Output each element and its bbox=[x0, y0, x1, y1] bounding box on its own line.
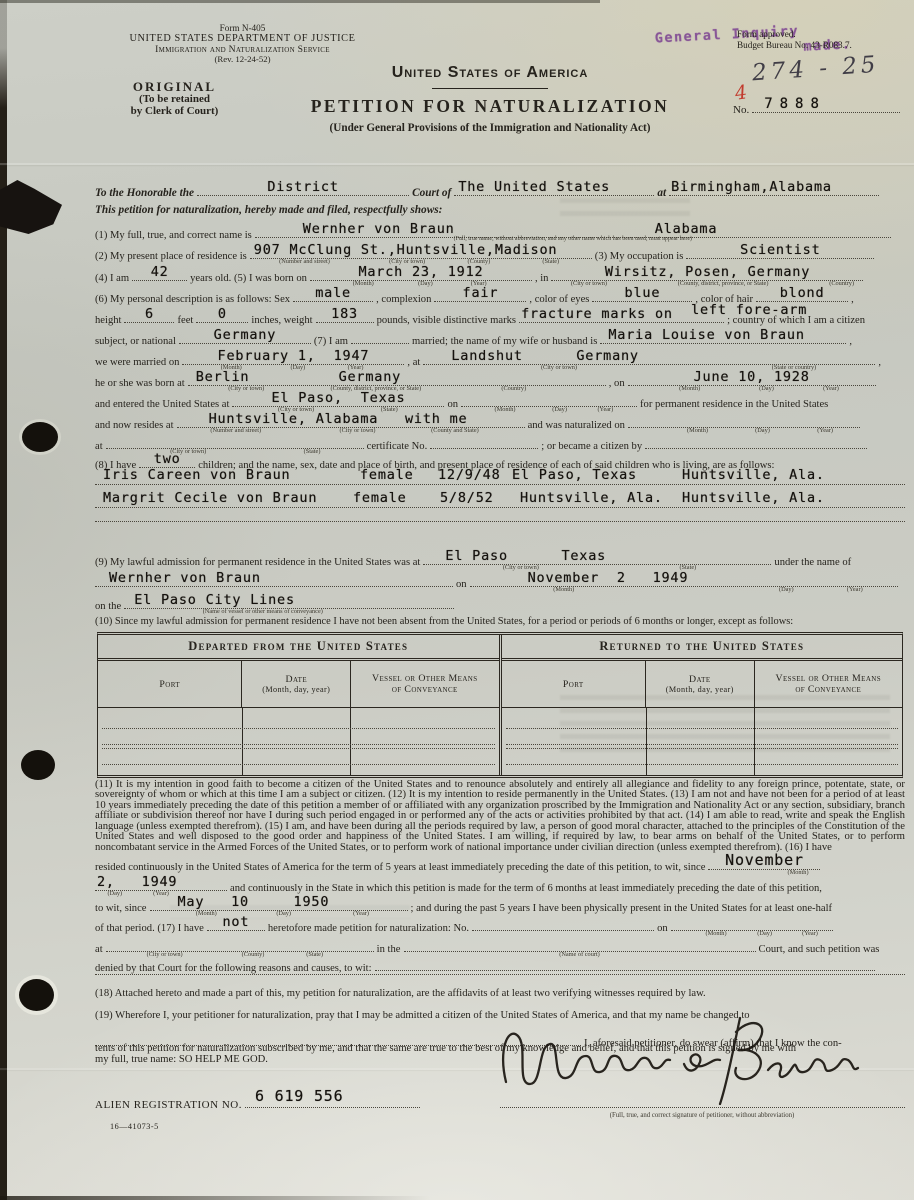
returned-body bbox=[502, 708, 903, 775]
weight-value: 183 bbox=[331, 308, 358, 322]
col-date: Date(Month, day, year) bbox=[242, 661, 351, 707]
child-born: 12/9/48 bbox=[438, 469, 501, 483]
petition-document: Form N-405 UNITED STATES DEPARTMENT OF J… bbox=[0, 0, 914, 1200]
q5-label: (5) I was born on bbox=[234, 273, 307, 284]
complexion-field: fair bbox=[434, 288, 526, 302]
page-subtitle: (Under General Provisions of the Immigra… bbox=[260, 122, 720, 134]
prior-petition-no-field bbox=[472, 917, 654, 931]
child-name: Margrit Cecile von Braun bbox=[103, 492, 317, 506]
court-pre-label: To the Honorable the bbox=[95, 187, 194, 199]
punch-hole bbox=[22, 422, 58, 452]
col-vessel: Vessel or Other Meansof Conveyance bbox=[755, 661, 902, 707]
nationality-value: Germany bbox=[214, 329, 277, 343]
court-mid-label: Court of bbox=[412, 187, 451, 199]
retained-note: (To be retainedby Clerk of Court) bbox=[82, 93, 267, 117]
residence-now-field: Huntsville, Alabama with me(Number and s… bbox=[177, 414, 525, 428]
signature-caption: (Full, true, and correct signature of pe… bbox=[610, 1112, 795, 1119]
entry-port-value: El Paso, Texas bbox=[271, 392, 405, 406]
marks-value-1: fracture marks on bbox=[521, 308, 673, 322]
departed-header: Departed from the United States bbox=[98, 635, 499, 661]
intro-line: This petition for naturalization, hereby… bbox=[95, 204, 442, 217]
child-residence: Huntsville, Ala. bbox=[682, 469, 825, 483]
vessel-value: El Paso City Lines bbox=[134, 594, 295, 608]
print-code: 16—41073-5 bbox=[110, 1122, 159, 1131]
birthplace-field: Wirsitz, Posen, Germany(City or town)(Co… bbox=[551, 267, 863, 281]
alien-label: ALIEN REGISTRATION NO. bbox=[95, 1099, 242, 1111]
nationality-field: Germany bbox=[179, 330, 311, 344]
line-q7e: and now resides atHuntsville, Alabama wi… bbox=[95, 414, 863, 432]
line-q7c: he or she was born atBerlin Germany(City… bbox=[95, 372, 879, 390]
petition-number-value: 7888 bbox=[764, 97, 826, 111]
line-q17b: at(City or town)(County)(State)in the(Na… bbox=[95, 938, 879, 956]
line-q6c-q7a: subject, or nationalGermany(7) I ammarri… bbox=[95, 330, 852, 348]
sex-value: male bbox=[315, 287, 351, 301]
occupation-value: Scientist bbox=[740, 244, 820, 258]
married-place-field: Landshut Germany(City or town)(State or … bbox=[423, 351, 875, 365]
q9-label: (9) My lawful admission for permanent re… bbox=[95, 557, 420, 568]
birthdate-field: March 23, 1912(Month)(Day)(Year) bbox=[310, 267, 532, 281]
child-sex: female bbox=[360, 469, 414, 483]
married-place-value: Landshut Germany bbox=[451, 350, 638, 364]
inches-value: 0 bbox=[218, 308, 227, 322]
title-rule bbox=[432, 88, 548, 89]
no-label: No. bbox=[733, 104, 749, 116]
q5-in-label: , in bbox=[535, 273, 549, 284]
empty-child-line bbox=[95, 521, 905, 522]
complexion-value: fair bbox=[463, 287, 499, 301]
since-day-year-value: 2, 1949 bbox=[97, 876, 177, 890]
line-q9c: on theEl Paso City Lines(Name of vessel … bbox=[95, 595, 457, 613]
citizen-by-field bbox=[645, 435, 867, 449]
line-q9b: Wernher von BraunonNovember 2 1949(Month… bbox=[95, 573, 901, 591]
naturalized-date-field: (Month)(Day)(Year) bbox=[628, 414, 860, 428]
child-residence: Huntsville, Ala. bbox=[682, 492, 825, 506]
petitioner-signature bbox=[492, 1006, 862, 1112]
line-q7d: and entered the United States atEl Paso,… bbox=[95, 393, 828, 411]
torn-edge-blob bbox=[0, 180, 62, 234]
court-name-field: The United States bbox=[454, 182, 654, 196]
feet-field: 6 bbox=[124, 309, 174, 323]
marks-value-2: left fore-arm bbox=[691, 304, 807, 318]
state-since-field: May 10 1950(Month)(Day)(Year) bbox=[150, 897, 408, 911]
prior-petition-date-field: (Month)(Day)(Year) bbox=[671, 917, 833, 931]
state-since-value: May 10 1950 bbox=[178, 896, 330, 910]
court-type-field: District bbox=[197, 182, 409, 196]
col-port: Port bbox=[502, 661, 646, 707]
line-q6b: height6feet0inches, weight183pounds, vis… bbox=[95, 309, 865, 327]
child-row: Margrit Cecile von Braunfemale5/8/52Hunt… bbox=[95, 485, 905, 508]
entry-port-field: El Paso, Texas(City or town)(State) bbox=[232, 393, 444, 407]
line-q10: (10) Since my lawful admission for perma… bbox=[95, 616, 793, 628]
line-q2-q3: (2) My present place of residence is907 … bbox=[95, 245, 877, 263]
returned-header: Returned to the United States bbox=[502, 635, 903, 661]
q4-label: (4) I am bbox=[95, 273, 129, 284]
q2-label: (2) My present place of residence is bbox=[95, 251, 247, 262]
hair-field: blond bbox=[756, 288, 848, 302]
line-q16c: to wit, sinceMay 10 1950(Month)(Day)(Yea… bbox=[95, 897, 832, 915]
spouse-birthplace-field: Berlin Germany(City or town)(County, dis… bbox=[188, 372, 606, 386]
since-month-value: November bbox=[725, 853, 804, 868]
naturalized-place-field: (City or town)(State) bbox=[106, 435, 364, 449]
col-date: Date(Month, day, year) bbox=[646, 661, 755, 707]
admission-port-value: El Paso Texas bbox=[445, 550, 606, 564]
q6-label: (6) My personal description is as follow… bbox=[95, 294, 290, 305]
child-name: Iris Careen von Braun bbox=[103, 469, 290, 483]
married-field bbox=[351, 330, 409, 344]
bleed-through bbox=[560, 198, 690, 216]
departed-body bbox=[98, 708, 499, 775]
full-name-value: Wernher von Braun bbox=[303, 223, 455, 237]
child-born: 5/8/52 bbox=[440, 492, 494, 506]
entry-date-field: (Month)(Day)(Year) bbox=[461, 393, 637, 407]
denial-reasons-field bbox=[375, 957, 875, 971]
prior-court-name-field: (Name of court) bbox=[404, 938, 756, 952]
absence-table: Departed from the United States Port Dat… bbox=[97, 632, 903, 778]
form-number: Form N-405 bbox=[85, 23, 400, 33]
spouse-birthdate-value: June 10, 1928 bbox=[694, 371, 810, 385]
birthdate-value: March 23, 1912 bbox=[358, 266, 483, 280]
spouse-field: Maria Louise von Braun bbox=[600, 330, 846, 344]
denial-reasons-continued bbox=[95, 974, 905, 975]
line-q9a: (9) My lawful admission for permanent re… bbox=[95, 551, 851, 569]
line-q19d: my full, true name: SO HELP ME GOD. bbox=[95, 1054, 268, 1066]
line-court: To the Honorable theDistrictCourt ofThe … bbox=[95, 182, 882, 200]
married-date-value: February 1, 1947 bbox=[218, 350, 370, 364]
age-value: 42 bbox=[151, 266, 169, 280]
handwritten-number: 274 - 25 bbox=[751, 52, 880, 87]
punch-hole bbox=[19, 979, 54, 1011]
residence-value: 907 McClung St.,Huntsville,Madison bbox=[254, 244, 558, 258]
line-q18: (18) Attached hereto and made a part of … bbox=[95, 988, 706, 1000]
form-approved-note: Form approved.Budget Bureau No. 43-R083.… bbox=[737, 29, 852, 51]
admission-date-field: November 2 1949(Month)(Day)(Year) bbox=[470, 573, 898, 587]
inches-field: 0 bbox=[196, 309, 248, 323]
petition-number-field: 7888 bbox=[752, 99, 900, 113]
returned-half: Returned to the United States Port Date(… bbox=[499, 635, 903, 775]
spouse-value: Maria Louise von Braun bbox=[608, 329, 804, 343]
marks-field: fracture marks onleft fore-arm bbox=[519, 309, 724, 323]
court-place-field: Birmingham,Alabama bbox=[669, 182, 879, 196]
paper-crease bbox=[0, 163, 914, 165]
spouse-birthdate-field: June 10, 1928(Month)(Day)(Year) bbox=[628, 372, 876, 386]
q2-field: 907 McClung St.,Huntsville,Madison(Numbe… bbox=[250, 245, 592, 259]
state-overflow-value: Alabama bbox=[655, 223, 718, 237]
child-birthplace: El Paso, Texas bbox=[512, 469, 637, 483]
admission-date-value: November 2 1949 bbox=[528, 572, 689, 586]
scan-edge-top bbox=[0, 0, 600, 3]
child-row: Iris Careen von Braunfemale12/9/48El Pas… bbox=[95, 462, 905, 485]
child-sex: female bbox=[353, 492, 407, 506]
married-date-field: February 1, 1947(Month)(Day)(Year) bbox=[182, 351, 404, 365]
hair-value: blond bbox=[780, 287, 825, 301]
q3-label: (3) My occupation is bbox=[595, 251, 684, 262]
admission-name-value: Wernher von Braun bbox=[109, 572, 261, 586]
birthplace-value: Wirsitz, Posen, Germany bbox=[605, 266, 810, 280]
scan-edge-bottom bbox=[0, 1196, 430, 1200]
weight-field: 183 bbox=[316, 309, 374, 323]
court-at-label: at bbox=[657, 187, 666, 199]
heretofore-field: not bbox=[207, 917, 265, 931]
q4-suffix: years old. bbox=[190, 273, 231, 284]
departed-half: Departed from the United States Port Dat… bbox=[98, 635, 499, 775]
petition-number-line: No.7888 bbox=[733, 99, 903, 117]
paragraph-11-16: (11) It is my intention in good faith to… bbox=[95, 779, 905, 852]
line-q17c: denied by that Court for the following r… bbox=[95, 957, 878, 975]
feet-value: 6 bbox=[145, 308, 154, 322]
age-field: 42 bbox=[132, 267, 187, 281]
since-day-year-field: 2, 1949(Day)(Year) bbox=[95, 877, 227, 891]
alien-number-value: 6 619 556 bbox=[255, 1089, 343, 1104]
court-type-value: District bbox=[267, 181, 338, 195]
department-name: UNITED STATES DEPARTMENT OF JUSTICE bbox=[85, 33, 400, 44]
eyes-value: blue bbox=[625, 287, 661, 301]
line-q17a: of that period. (17) I havenotheretofore… bbox=[95, 917, 836, 935]
country-title: United States of America bbox=[300, 64, 680, 82]
prior-court-place-field: (City or town)(County)(State) bbox=[106, 938, 374, 952]
q1-field: Wernher von BraunAlabama(Full, true name… bbox=[255, 224, 891, 238]
since-month-field: November(Month) bbox=[708, 856, 820, 870]
line-q4-q5: (4) I am42years old. (5) I was born onMa… bbox=[95, 267, 866, 285]
admission-name-field: Wernher von Braun bbox=[95, 573, 453, 587]
punch-hole bbox=[21, 750, 55, 780]
line-q7b: we were married onFebruary 1, 1947(Month… bbox=[95, 351, 881, 369]
col-vessel: Vessel or Other Meansof Conveyance bbox=[351, 661, 498, 707]
page-title: PETITION FOR NATURALIZATION bbox=[280, 96, 700, 117]
col-port: Port bbox=[98, 661, 242, 707]
line-q16a: resided continuously in the United State… bbox=[95, 856, 823, 874]
child-birthplace: Huntsville, Ala. bbox=[520, 492, 663, 506]
court-place-value: Birmingham,Alabama bbox=[671, 181, 832, 195]
q3-field: Scientist bbox=[686, 245, 874, 259]
spouse-birthplace-value: Berlin Germany bbox=[196, 371, 401, 385]
line-q16b: 2, 1949(Day)(Year)and continuously in th… bbox=[95, 877, 822, 895]
q17-label: (17) I have bbox=[157, 923, 203, 934]
sex-field: male bbox=[293, 288, 373, 302]
alien-number-field: 6 619 556 bbox=[245, 1094, 420, 1108]
residence-now-value: Huntsville, Alabama with me bbox=[209, 413, 468, 427]
alien-registration-line: ALIEN REGISTRATION NO.6 619 556 bbox=[95, 1094, 423, 1112]
scan-edge-left bbox=[0, 0, 7, 1200]
vessel-field: El Paso City Lines(Name of vessel or oth… bbox=[124, 595, 454, 609]
line-q1: (1) My full, true, and correct name isWe… bbox=[95, 224, 894, 242]
line-q7f: at(City or town)(State)certificate No.; … bbox=[95, 435, 870, 453]
certificate-no-field bbox=[430, 435, 538, 449]
heretofore-value: not bbox=[222, 916, 249, 930]
court-name-value: The United States bbox=[458, 181, 610, 195]
eyes-field: blue bbox=[592, 288, 692, 302]
vessel-caption: (Name of vessel or other means of convey… bbox=[203, 608, 323, 615]
revision-note: (Rev. 12-24-52) bbox=[85, 54, 400, 64]
admission-port-field: El Paso Texas(City or town)(State) bbox=[423, 551, 771, 565]
q7-label: (7) I am bbox=[314, 336, 348, 347]
q1-label: (1) My full, true, and correct name is bbox=[95, 230, 252, 241]
